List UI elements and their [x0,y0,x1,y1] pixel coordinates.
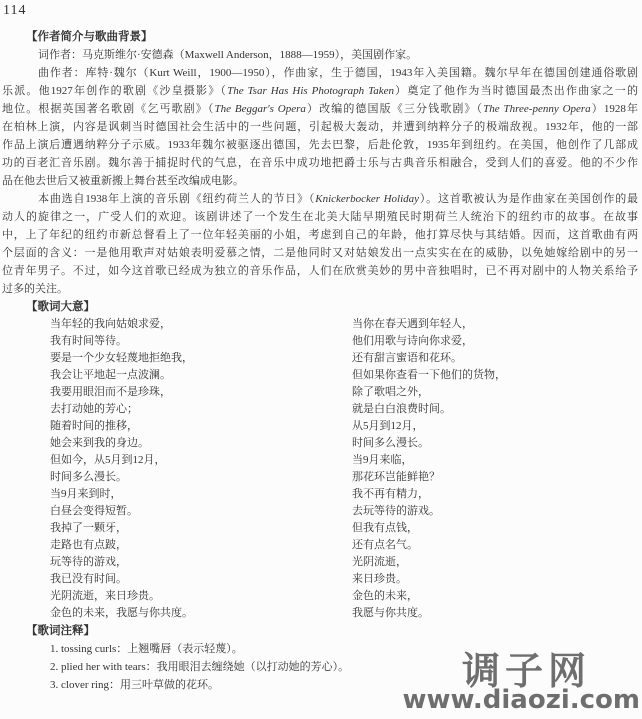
text-line: 我愿与你共度。 [352,605,638,622]
text-line: 金色的未来，我愿与你共度。 [50,605,350,622]
text-line: 当年轻的我向姑娘求爱， [50,316,350,333]
text-line: 光阴流逝，来日珍贵。 [50,588,350,605]
text-line: 但如果你查看一下他们的货物， [352,367,638,384]
text-line: 去玩等待的游戏。 [352,503,638,520]
text-line: 当9月来到时， [50,486,350,503]
page-number: 114 [3,3,26,19]
lyrics-left-column: 当年轻的我向姑娘求爱，我有时间等待。要是一个少女轻蔑地拒绝我，我会让平地起一点波… [50,316,350,622]
text-line: 玩等待的游戏， [50,554,350,571]
text-line: 位青年男子。不过，如今这首歌已经成为独立的音乐作品，人们在欣赏美妙的男中音独唱时… [2,262,638,280]
lyrics-columns: 当年轻的我向姑娘求爱，我有时间等待。要是一个少女轻蔑地拒绝我，我会让平地起一点波… [50,316,638,622]
text-line: 要是一个少女轻蔑地拒绝我， [50,350,350,367]
text-line: 那花环岂能鲜艳？ [352,469,638,486]
text-line: 来日珍贵。 [352,571,638,588]
text-line: 走路也有点跛， [50,537,350,554]
text-line: 中，上了年纪的纽约市新总督看上了一位年轻美丽的小姐，考虑到自己的年龄，他打算尽快… [2,226,638,244]
section-header-lyrics: 【歌词大意】 [26,298,638,316]
text-line: 时间多么漫长。 [352,435,638,452]
text-line: 就是白白浪费时间。 [352,401,638,418]
text-line: 作品上演后遭遇纳粹分子示威。1933年魏尔被驱逐出德国，先去巴黎，后赴伦敦，19… [2,136,638,154]
text-line: 本曲选自1938年上演的音乐剧《纽约荷兰人的节日》（Knickerbocker … [2,190,638,208]
text-line: 品在他去世后又被重新搬上舞台甚至改编成电影。 [2,172,638,190]
text-line: 她会来到我的身边。 [50,435,350,452]
text-line: 乐派。他1927年创作的歌剧《沙皇摄影》（The Tsar Has His Ph… [2,82,638,100]
text-line: 随着时间的推移， [50,418,350,435]
text-line: 个层面的含义：一是他用歌声对姑娘表明爱慕之情，二是他同时又对姑娘发出一点实实在在… [2,244,638,262]
text-line: 功的百老汇音乐剧。魏尔善于捕捉时代的气息，在音乐中成功地把爵士乐与古典音乐相融合… [2,154,638,172]
text-line: 我不再有精力， [352,486,638,503]
text-line: 去打动她的芳心； [50,401,350,418]
text-line: 从5月到12月， [352,418,638,435]
section-header-background: 【作者简介与歌曲背景】 [26,28,638,46]
text-line: 曲作者：库特·魏尔（Kurt Weill，1900—1950），作曲家，生于德国… [2,64,638,82]
text-line: 当9月来临， [352,452,638,469]
text-line: 光阴流逝， [352,554,638,571]
lyrics-right-column: 当你在春天遇到年轻人，他们用歌与诗向你求爱，还有甜言蜜语和花环。但如果你查看一下… [352,316,638,622]
text-line: 除了歌唱之外， [352,384,638,401]
text-line: 还有点名气。 [352,537,638,554]
text-line: 他们用歌与诗向你求爱， [352,333,638,350]
text-line: 时间多么漫长。 [50,469,350,486]
text-line: 词作者：马克斯维尔·安德森（Maxwell Anderson，1888—1959… [2,46,638,64]
paragraph-song-background: 本曲选自1938年上演的音乐剧《纽约荷兰人的节日》（Knickerbocker … [2,190,638,298]
text-line: 但我有点钱， [352,520,638,537]
page-content: 【作者简介与歌曲背景】 词作者：马克斯维尔·安德森（Maxwell Anders… [2,28,638,694]
text-line: 还有甜言蜜语和花环。 [352,350,638,367]
paragraph-composer: 曲作者：库特·魏尔（Kurt Weill，1900—1950），作曲家，生于德国… [2,64,638,190]
text-line: 我要用眼泪而不是珍珠， [50,384,350,401]
text-line: 我掉了一颗牙， [50,520,350,537]
paragraph-lyricist: 词作者：马克斯维尔·安德森（Maxwell Anderson，1888—1959… [2,46,638,64]
text-line: 但如今，从5月到12月， [50,452,350,469]
text-line: 我有时间等待。 [50,333,350,350]
watermark-url: www.diaozi.com [403,685,641,715]
text-line: 过多的关注。 [2,280,638,298]
text-line: 我已没有时间。 [50,571,350,588]
text-line: 白昼会变得短暂。 [50,503,350,520]
text-line: 在柏林上演，内容是讽刺当时德国社会生活中的一些问题，引起极大轰动，并遭到纳粹分子… [2,118,638,136]
section-header-notes: 【歌词注释】 [26,622,638,640]
text-line: 当你在春天遇到年轻人， [352,316,638,333]
text-line: 金色的未来， [352,588,638,605]
text-line: 地位。根据英国著名歌剧《乞丐歌剧》（The Beggar's Opera）改编的… [2,100,638,118]
text-line: 我会让平地起一点波澜。 [50,367,350,384]
text-line: 动人的旋律之一，广受人们的欢迎。该剧讲述了一个发生在北美大陆早期殖民时期荷兰人统… [2,208,638,226]
document-page: 114 【作者简介与歌曲背景】 词作者：马克斯维尔·安德森（Maxwell An… [0,0,642,719]
